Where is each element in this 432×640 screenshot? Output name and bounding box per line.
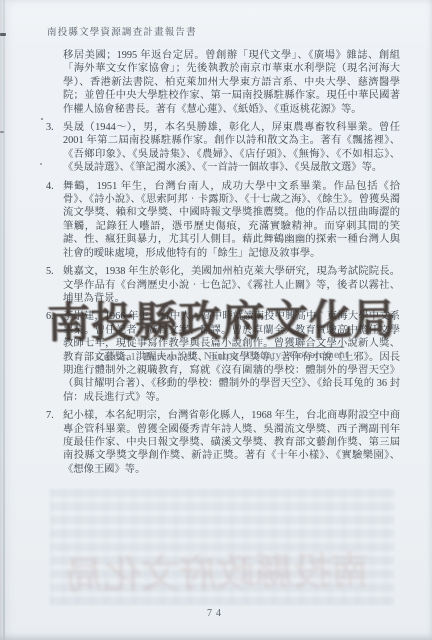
list-item-text: 紀小樣，本名紀明宗，台灣省彰化縣人，1968 年生，台北商專附設空中商專企管科畢… <box>63 409 400 476</box>
list-item-number: 5. <box>46 265 63 305</box>
binding-shadow <box>3 0 5 640</box>
scan-speck <box>40 163 42 165</box>
list-item-number: 7. <box>46 409 63 476</box>
list-item-number: 4. <box>46 180 63 260</box>
page-number: 74 <box>0 608 432 619</box>
list-item: 4. 舞鶴，1951 年生，台灣台南人，成功大學中文系畢業。作品包括《拾骨》、《… <box>46 180 400 260</box>
list-item-number: 6. <box>46 310 63 404</box>
list-item-number: 3. <box>46 121 63 175</box>
list-item-text: 舞鶴，1951 年生，台灣台南人，成功大學中文系畢業。作品包括《拾骨》、《詩小說… <box>63 180 400 260</box>
list-item: 6. 李崇建，1966 年生，台中人，高中時就讀南投中興高中，東海大學中文系畢業… <box>46 310 400 404</box>
scan-speck <box>41 118 43 120</box>
bleedthrough-texture <box>50 489 394 605</box>
list-item: 7. 紀小樣，本名紀明宗，台灣省彰化縣人，1968 年生，台北商專附設空中商專企… <box>46 409 400 476</box>
body-text: 移居美國；1995 年返台定居。曾創辦「現代文學」、《廣場》雜誌、創組「海外華文… <box>46 49 400 476</box>
paragraph-continuation: 移居美國；1995 年返台定居。曾創辦「現代文學」、《廣場》雜誌、創組「海外華文… <box>63 49 400 116</box>
running-header: 南投縣文學資源調查計畫報告書 <box>47 24 197 38</box>
list-item: 3. 吳晟（1944～），男，本名吳勝雄，彰化人，屏東農專畜牧科畢業。曾任 20… <box>46 121 400 175</box>
list-item-text: 吳晟（1944～），男，本名吳勝雄，彰化人，屏東農專畜牧科畢業。曾任 2001 … <box>63 121 400 175</box>
list-item: 5. 姚嘉文，1938 年生於彰化，美國加州柏克萊大學研究，現為考試院院長。文學… <box>46 265 400 305</box>
list-item-text: 姚嘉文，1938 年生於彰化，美國加州柏克萊大學研究，現為考試院院長。文學作品有… <box>63 265 400 305</box>
scan-speck <box>0 131 4 133</box>
scanned-document-page: 南投縣文學資源調查計畫報告書 移居美國；1995 年返台定居。曾創辦「現代文學」… <box>0 0 432 640</box>
scan-speck <box>0 33 6 36</box>
list-item-text: 李崇建，1966 年生，台中人，高中時就讀南投中興高中，東海大學中文系畢業。曾任… <box>63 310 400 404</box>
